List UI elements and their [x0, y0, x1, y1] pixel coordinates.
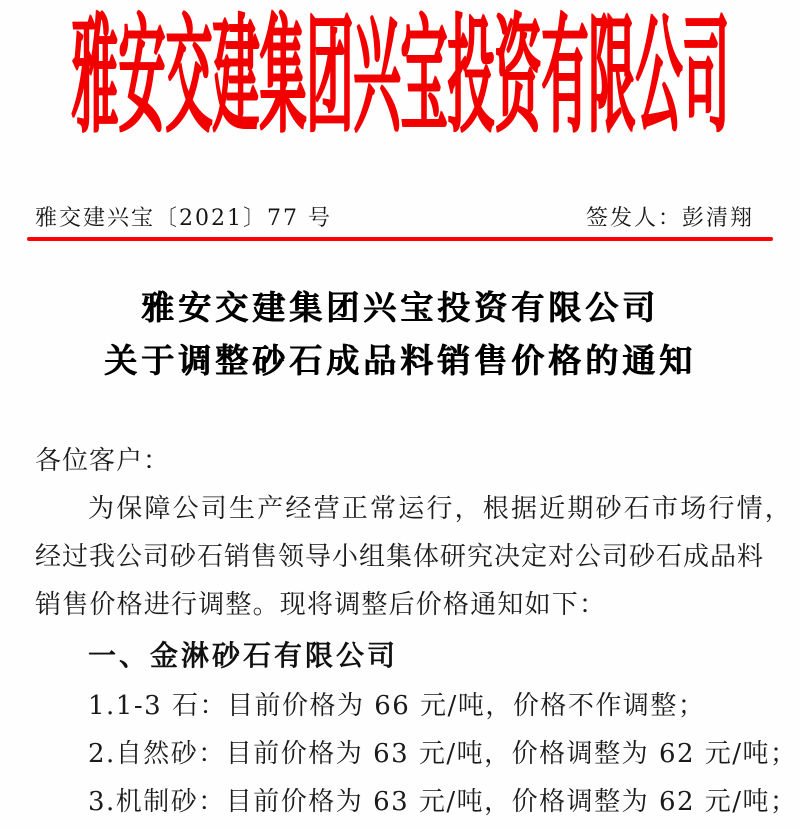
notice-title-line2: 关于调整砂石成品料销售价格的通知 — [0, 334, 800, 387]
notice-document-page: 雅安交建集团兴宝投资有限公司 雅交建兴宝〔2021〕77 号 签发人：彭清翔 雅… — [0, 0, 800, 829]
price-item-1-3-stone: 1.1-3 石：目前价格为 66 元/吨，价格不作调整； — [88, 691, 705, 721]
paragraph-line-3: 销售价格进行调整。现将调整后价格通知如下： — [35, 590, 606, 620]
paragraph-line-2: 经过我公司砂石销售领导小组集体研究决定对公司砂石成品料 — [35, 542, 764, 572]
issuer-name: 签发人：彭清翔 — [586, 201, 754, 232]
document-number: 雅交建兴宝〔2021〕77 号 — [35, 201, 332, 232]
price-item-natural-sand: 2.自然砂：目前价格为 63 元/吨，价格调整为 62 元/吨； — [88, 739, 798, 769]
notice-title-line1: 雅安交建集团兴宝投资有限公司 — [0, 281, 800, 334]
notice-title: 雅安交建集团兴宝投资有限公司 关于调整砂石成品料销售价格的通知 — [0, 281, 800, 387]
company-banner-text: 雅安交建集团兴宝投资有限公司 — [71, 14, 729, 142]
salutation-line: 各位客户： — [35, 446, 170, 476]
section-heading-jinlin-company: 一、金淋砂石有限公司 — [88, 641, 398, 671]
red-separator-line — [27, 237, 773, 241]
price-item-machine-made-sand: 3.机制砂：目前价格为 63 元/吨，价格调整为 62 元/吨； — [88, 787, 798, 817]
document-number-row: 雅交建兴宝〔2021〕77 号 签发人：彭清翔 — [0, 201, 800, 231]
paragraph-line-1: 为保障公司生产经营正常运行，根据近期砂石市场行情， — [88, 494, 793, 524]
red-letterhead-banner: 雅安交建集团兴宝投资有限公司 — [0, 14, 800, 150]
